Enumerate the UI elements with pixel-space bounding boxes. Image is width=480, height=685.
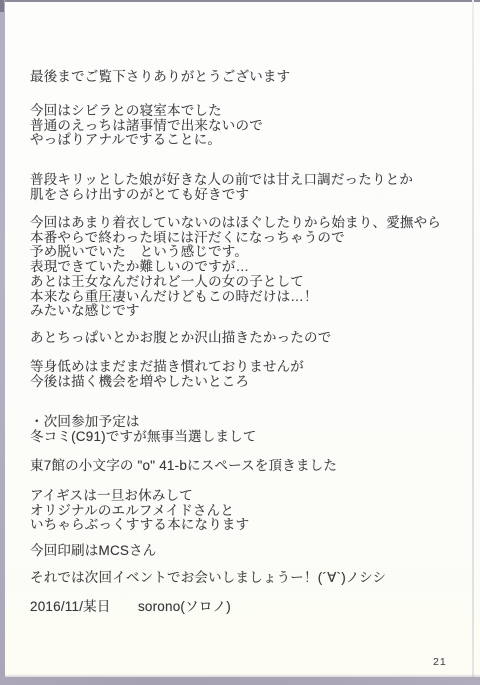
scanned-afterword-page: 最後までご覧下さりありがとうございます 今回はシビラとの寝室本でした 普通のえっ… xyxy=(0,0,480,685)
closing-greeting: それでは次回イベントでお会いしましょうー！(´∀`)ノシシ xyxy=(30,571,386,586)
text-line: 最後までご覧下さりありがとうございます xyxy=(30,70,290,85)
text-line: あとちっぱいとかお腹とか沢山描きたかったので xyxy=(30,331,331,346)
scan-edge-bottom xyxy=(0,677,480,685)
thanks-message: 最後までご覧下さりありがとうございます xyxy=(30,70,290,85)
text-line: 等身低めはまだまだ描き慣れておりませんが xyxy=(30,360,304,375)
scene-notes: 今回はあまり着衣していないのはほぐしたりから始まり、愛撫やら 本番やらで終わった… xyxy=(30,216,441,319)
text-line: 冬コミ(C91)ですが無事当選しまして xyxy=(30,430,257,445)
text-line: 本来なら重圧凄いんだけどもこの時だけは…！ xyxy=(30,290,441,305)
text-line: みたいな感じです xyxy=(30,304,441,319)
next-event-plan: ・次回参加予定は 冬コミ(C91)ですが無事当選しまして xyxy=(30,415,257,444)
text-line: 東7館の小文字の "o" 41-bにスペースを頂きました xyxy=(30,459,337,474)
text-line: いちゃらぶっくすする本になります xyxy=(30,518,249,533)
printer-credit: 今回印刷はMCSさん xyxy=(30,544,157,559)
text-line: 今回はシビラとの寝室本でした xyxy=(30,104,263,119)
date-signature: 2016/11/某日 sorono(ソロノ) xyxy=(30,600,231,615)
scan-edge-top xyxy=(0,0,480,2)
text-line: 今回はあまり着衣していないのはほぐしたりから始まり、愛撫やら xyxy=(30,216,441,231)
text-line: あとは王女なんだけれど一人の女の子として xyxy=(30,275,441,290)
text-line: ・次回参加予定は xyxy=(30,415,257,430)
scan-edge-left xyxy=(0,0,5,685)
likes-comment: 普段キリッとした娘が好きな人の前では甘え口調だったりとか 肌をさらけ出すのがとて… xyxy=(30,173,413,202)
next-book-plan: アイギスは一旦お休みして オリジナルのエルフメイドさんと いちゃらぶっくすする本… xyxy=(30,489,249,533)
text-line: アイギスは一旦お休みして xyxy=(30,489,249,504)
scan-edge-right xyxy=(472,0,474,685)
booth-space-info: 東7館の小文字の "o" 41-bにスペースを頂きました xyxy=(30,459,337,474)
text-line: 予め脱いでいた という感じです。 xyxy=(30,245,441,260)
text-line: 普段キリッとした娘が好きな人の前では甘え口調だったりとか xyxy=(30,173,413,188)
drawing-wishes: あとちっぱいとかお腹とか沢山描きたかったので xyxy=(30,331,331,346)
text-line: 2016/11/某日 sorono(ソロノ) xyxy=(30,600,231,615)
text-line: それでは次回イベントでお会いしましょうー！(´∀`)ノシシ xyxy=(30,571,386,586)
text-line: 表現できていたか難しいのですが… xyxy=(30,260,441,275)
book-intro: 今回はシビラとの寝室本でした 普通のえっちは諸事情で出来ないので やっぱりアナル… xyxy=(30,104,263,148)
text-line: 今回印刷はMCSさん xyxy=(30,544,157,559)
text-line: 今後は描く機会を増やしたいところ xyxy=(30,375,304,390)
text-line: 肌をさらけ出すのがとても好きです xyxy=(30,188,413,203)
text-line: やっぱりアナルですることに。 xyxy=(30,133,263,148)
proportions-note: 等身低めはまだまだ描き慣れておりませんが 今後は描く機会を増やしたいところ xyxy=(30,360,304,389)
page-number: 21 xyxy=(433,656,447,668)
